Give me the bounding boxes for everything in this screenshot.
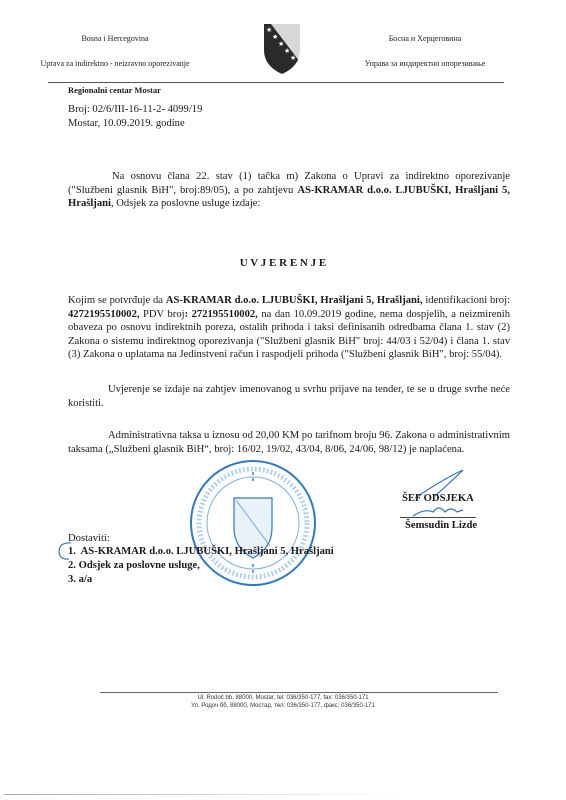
signatory-name: Šemsudin Lizde <box>405 520 477 531</box>
intro-text-end: , Odsjek za poslovne usluge izdaje: <box>111 198 260 209</box>
footer-address-cyrillic: Ул. Родоч бб, 88000, Мостар, тел: 036/35… <box>0 703 566 709</box>
handwritten-mark <box>55 540 75 562</box>
official-stamp <box>188 458 318 588</box>
header-divider <box>48 82 504 83</box>
certificate-body: Kojim se potvrđuje da AS-KRAMAR d.o.o. L… <box>68 294 510 362</box>
header-right-agency: Управа за индиректно опорезивање <box>350 59 500 68</box>
signatory-role: ŠEF ODSJEKA <box>402 493 474 504</box>
page-edge-shadow <box>4 794 404 795</box>
body-text: PDV broj <box>140 309 185 320</box>
department-name: Regionalni centar Mostar <box>68 85 161 95</box>
header-left-country: Bosna i Hercegovina <box>40 34 190 43</box>
svg-text:★: ★ <box>290 54 296 62</box>
delivery-item: 2. Odsjek za poslovne usluge, <box>68 560 200 571</box>
footer-divider <box>100 692 498 693</box>
intro-paragraph: Na osnovu člana 22. stav (1) tačka m) Za… <box>68 170 510 211</box>
purpose-paragraph: Uvjerenje se izdaje na zahtjev imenovano… <box>68 383 510 410</box>
delivery-item: 1. AS-KRAMAR d.o.o. LJUBUŠKI, Hrašljani … <box>68 546 334 557</box>
body-text: Kojim se potvrđuje da <box>68 295 166 306</box>
body-text: identifikacioni broj: <box>423 295 510 306</box>
bih-coat-of-arms-icon: ★ ★ ★ ★ ★ <box>262 20 302 76</box>
header-left-agency: Uprava za indirektno - neizravno oporezi… <box>40 59 190 68</box>
document-title: U V J E R E N J E <box>0 257 566 269</box>
fee-paragraph: Administrativna taksa u iznosu od 20,00 … <box>68 429 510 456</box>
company-name: AS-KRAMAR d.o.o. LJUBUŠKI, Hrašljani 5, … <box>166 295 423 306</box>
reference-number: Broj: 02/6/III-16-11-2- 4099/19 <box>68 104 202 115</box>
vat-number: : 272195510002, <box>185 309 258 320</box>
reference-place-date: Mostar, 10.09.2019. godine <box>68 118 185 129</box>
header-right-country: Босна и Херцеговина <box>350 34 500 43</box>
signature-line <box>400 517 476 518</box>
footer-address-latin: Ul. Rodoč bb, 88000, Mostar, tel: 036/35… <box>0 695 566 701</box>
delivery-item: 3. a/a <box>68 574 92 585</box>
id-number: 4272195510002, <box>68 309 140 320</box>
